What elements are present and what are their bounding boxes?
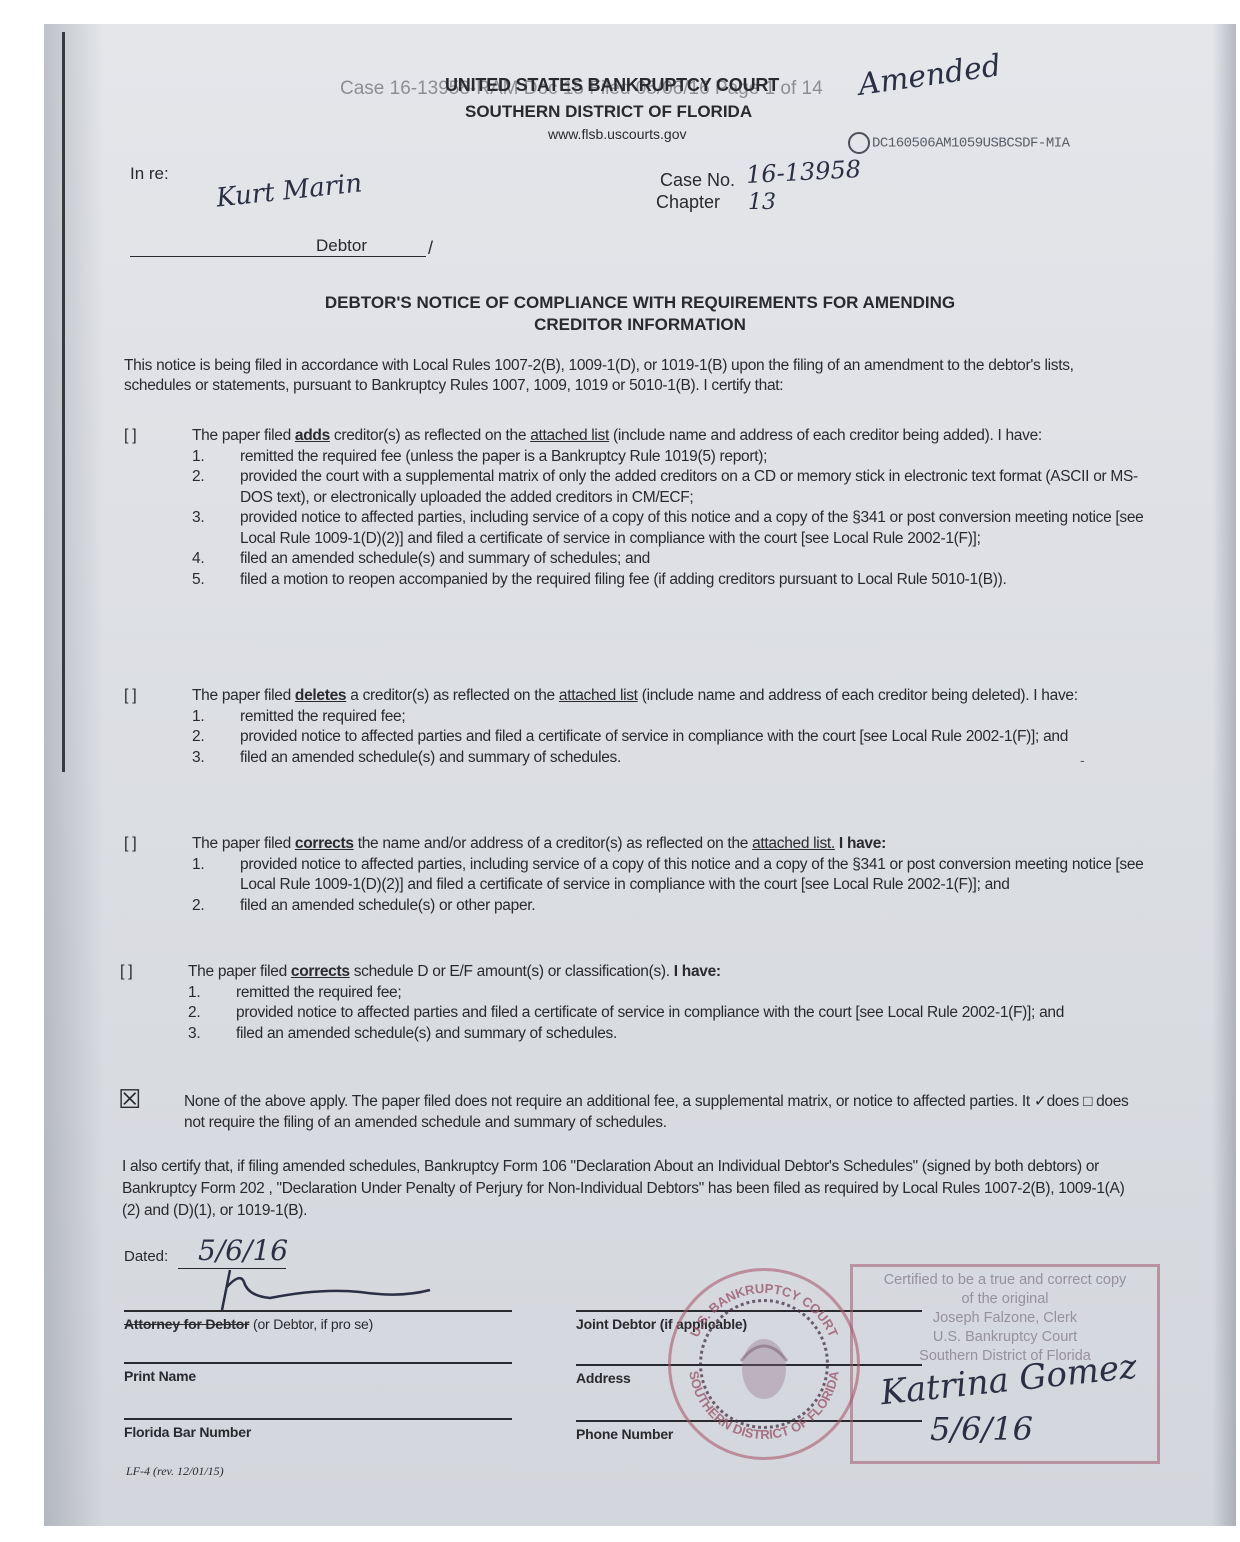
section-none-apply: ☒ None of the above apply. The paper fil… — [118, 1092, 1148, 1133]
intro-paragraph: This notice is being filed in accordance… — [124, 356, 1140, 396]
title-line-2: CREDITOR INFORMATION — [140, 314, 1140, 336]
section-lead: The paper filed corrects the name and/or… — [192, 834, 1150, 855]
seal-eagle-icon: U.S. BANKRUPTCY COURT SOUTHERN DISTRICT … — [671, 1271, 857, 1457]
list-item: 4.filed an amended schedule(s) and summa… — [192, 549, 1150, 570]
dated-label: Dated: — [124, 1248, 168, 1265]
print-name-label: Print Name — [124, 1368, 196, 1384]
debtor-underline — [130, 256, 426, 257]
print-name-line — [124, 1362, 512, 1364]
caption-slash: / — [428, 238, 433, 259]
title-line-1: DEBTOR'S NOTICE OF COMPLIANCE WITH REQUI… — [140, 292, 1140, 314]
svg-text:U.S. BANKRUPTCY COURT: U.S. BANKRUPTCY COURT — [687, 1281, 841, 1339]
bar-number-line — [124, 1418, 512, 1420]
none-apply-text: None of the above apply. The paper filed… — [184, 1092, 1148, 1133]
filing-stamp: DC160506AM1059USBCSDF-MIA — [848, 132, 1070, 154]
stamp-circle-icon — [848, 132, 870, 154]
court-website: www.flsb.uscourts.gov — [548, 126, 687, 142]
section-lead: The paper filed corrects schedule D or E… — [188, 962, 1146, 983]
debtor-signature — [200, 1268, 460, 1314]
court-seal: U.S. BANKRUPTCY COURT SOUTHERN DISTRICT … — [668, 1268, 860, 1460]
section-corrects-schedule: [ ] The paper filed corrects schedule D … — [116, 962, 1146, 1044]
checkbox-none-apply-checked[interactable]: ☒ — [118, 1090, 141, 1111]
chapter-value: 13 — [748, 190, 776, 215]
section-lead: The paper filed adds creditor(s) as refl… — [192, 426, 1150, 447]
list-item: 2.provided notice to affected parties an… — [188, 1003, 1146, 1024]
binder-edge-line — [62, 32, 65, 772]
stray-mark: - — [1080, 752, 1085, 768]
address-label: Address — [576, 1370, 631, 1386]
list-item: 1.provided notice to affected parties, i… — [192, 855, 1150, 896]
list-item: 3.filed an amended schedule(s) and summa… — [188, 1024, 1146, 1045]
checkbox-corrects-schedule[interactable]: [ ] — [120, 962, 132, 983]
checkbox-corrects-address[interactable]: [ ] — [124, 834, 136, 855]
case-number-label: Case No. — [660, 170, 735, 191]
list-item: 2.filed an amended schedule(s) or other … — [192, 896, 1150, 917]
filing-stamp-text: DC160506AM1059USBCSDF-MIA — [872, 136, 1070, 152]
list-item: 2.provided the court with a supplemental… — [192, 467, 1150, 508]
does-not-checkbox-icon[interactable]: □ — [1083, 1093, 1092, 1110]
section-corrects-address: [ ] The paper filed corrects the name an… — [120, 834, 1150, 916]
list-item: 1.remitted the required fee; — [188, 983, 1146, 1004]
list-item: 5.filed a motion to reopen accompanied b… — [192, 570, 1150, 591]
form-code: LF-4 (rev. 12/01/15) — [126, 1464, 224, 1479]
list-item: 2.provided notice to affected parties an… — [192, 727, 1150, 748]
in-re-label: In re: — [130, 164, 169, 184]
section-deletes-creditors: [ ] The paper filed deletes a creditor(s… — [120, 686, 1150, 768]
list-item: 1.remitted the required fee (unless the … — [192, 447, 1150, 468]
list-item: 1.remitted the required fee; — [192, 707, 1150, 728]
phone-label: Phone Number — [576, 1426, 673, 1442]
list-item: 3.provided notice to affected parties, i… — [192, 508, 1150, 549]
document-title: DEBTOR'S NOTICE OF COMPLIANCE WITH REQUI… — [140, 292, 1140, 336]
checkbox-adds[interactable]: [ ] — [124, 426, 136, 447]
does-checkmark-icon[interactable]: ✓ — [1034, 1093, 1047, 1110]
debtor-label: Debtor — [316, 236, 367, 256]
court-name: UNITED STATES BANKRUPTCY COURT — [445, 75, 779, 96]
section-lead: The paper filed deletes a creditor(s) as… — [192, 686, 1150, 707]
section-adds-creditors: [ ] The paper filed adds creditor(s) as … — [120, 426, 1150, 590]
list-item: 3.filed an amended schedule(s) and summa… — [192, 748, 1150, 769]
certify-paragraph: I also certify that, if filing amended s… — [122, 1156, 1138, 1222]
certification-date: 5/6/16 — [930, 1410, 1033, 1448]
bar-number-label: Florida Bar Number — [124, 1424, 251, 1440]
attorney-label: Attorney for Debtor (or Debtor, if pro s… — [124, 1316, 373, 1332]
checkbox-deletes[interactable]: [ ] — [124, 686, 136, 707]
district-name: SOUTHERN DISTRICT OF FLORIDA — [465, 102, 752, 122]
chapter-label: Chapter — [656, 192, 720, 213]
attorney-signature-line — [124, 1310, 512, 1312]
dated-value-handwritten: 5/6/16 — [198, 1234, 288, 1267]
